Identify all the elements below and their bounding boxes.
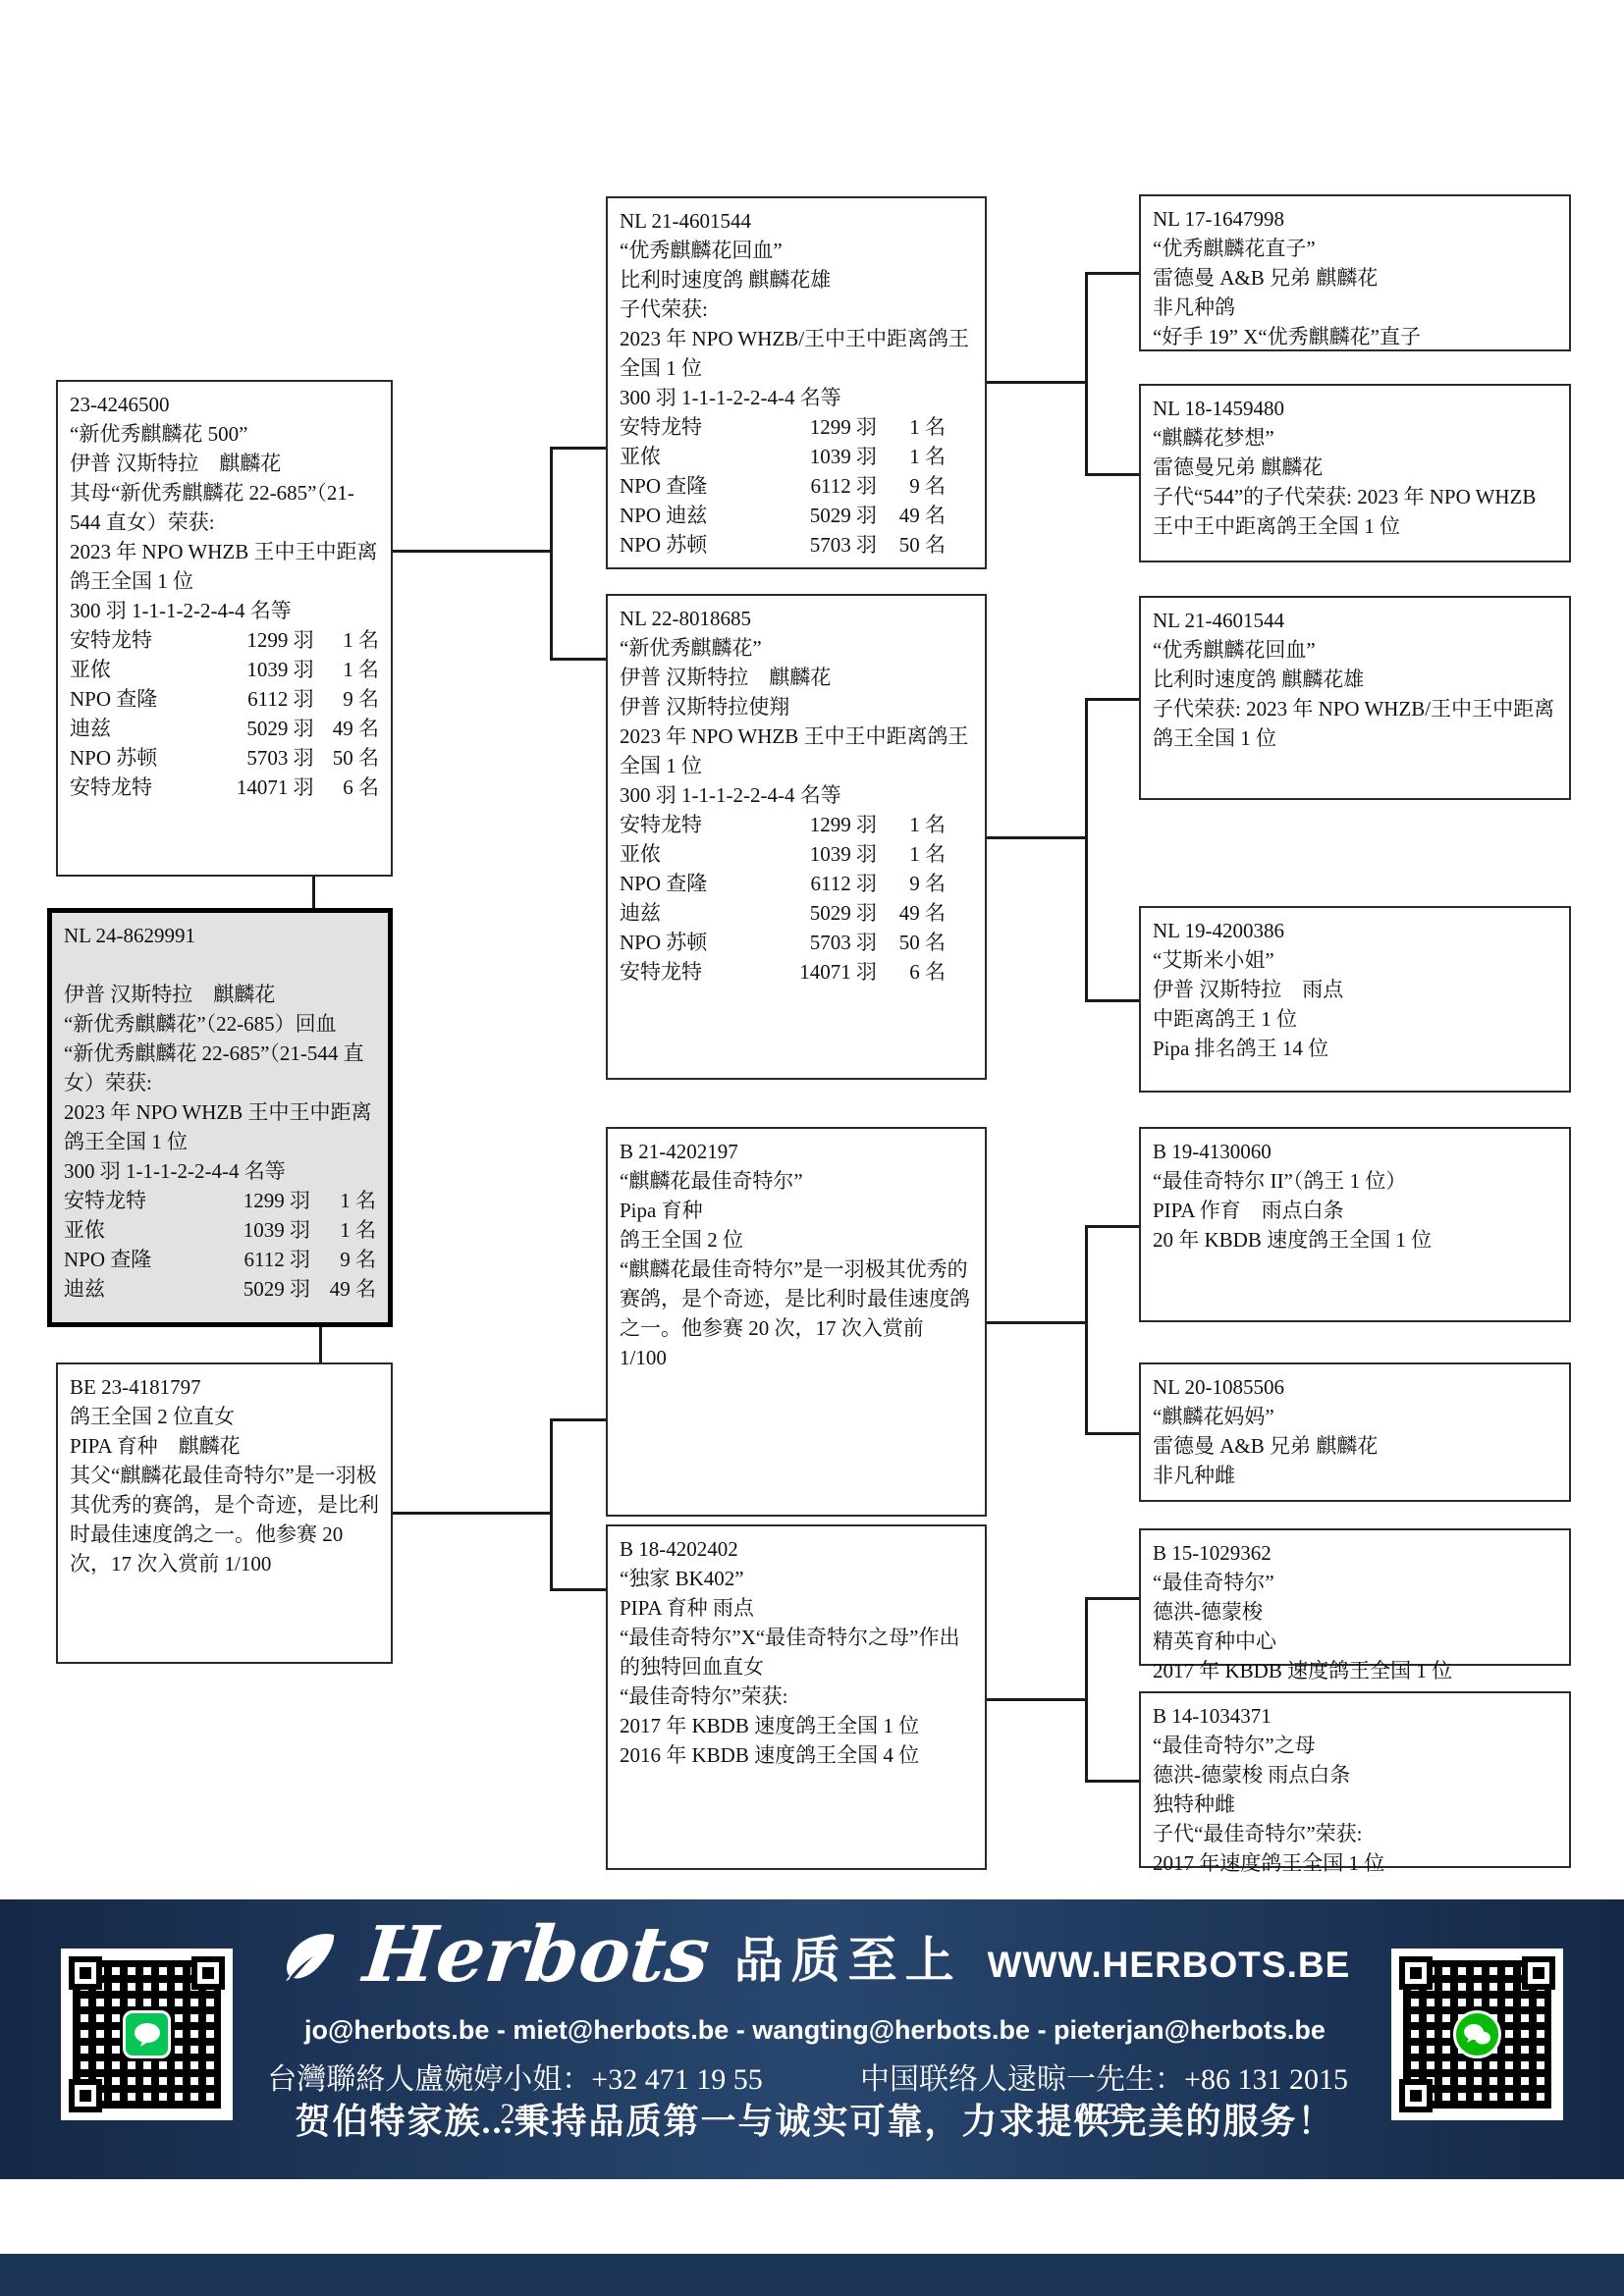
race-cell: 安特龙特: [64, 1186, 205, 1215]
connector-line: [987, 1321, 1085, 1324]
race-cell: 安特龙特: [70, 773, 209, 802]
connector-line: [1085, 272, 1088, 476]
qr-finder: [69, 1956, 102, 1990]
text-line: 比利时速度鸽 麒麟花雄: [1153, 665, 1557, 694]
pedigree-box-dam-dam: B 18-4202402“独家 BK402”PIPA 育种 雨点“最佳奇特尔”X…: [606, 1524, 987, 1870]
pedigree-box-dam-sire: B 21-4202197“麒麟花最佳奇特尔”Pipa 育种鸽王全国 2 位“麒麟…: [606, 1127, 987, 1517]
connector-line: [1085, 473, 1139, 476]
text-line: 300 羽 1-1-1-2-2-4-4 名等: [70, 596, 379, 625]
race-cell: 5703 羽: [209, 743, 313, 773]
race-row: NPO 查隆6112 羽9 名: [620, 471, 973, 501]
box-text: B 18-4202402“独家 BK402”PIPA 育种 雨点“最佳奇特尔”X…: [620, 1534, 973, 1770]
race-cell: 1299 羽: [209, 625, 313, 655]
text-line: Pipa 育种: [620, 1196, 973, 1225]
race-row: NPO 迪兹5029 羽49 名: [620, 501, 973, 530]
race-row: 迪兹5029 羽49 名: [64, 1274, 376, 1304]
connector-line: [1085, 1780, 1139, 1783]
race-cell: 9 名: [877, 471, 946, 501]
text-line: NL 20-1085506: [1153, 1372, 1557, 1402]
text-line: “最佳奇特尔”之母: [1153, 1731, 1557, 1760]
race-cell: 5703 羽: [767, 928, 877, 957]
text-line: B 18-4202402: [620, 1534, 973, 1564]
connector-line: [987, 381, 1085, 384]
race-row: 亚侬1039 羽1 名: [620, 839, 973, 869]
pedigree-box-g3-6: NL 20-1085506“麒麟花妈妈”雷德曼 A&B 兄弟 麒麟花非凡种雌: [1139, 1362, 1571, 1502]
pedigree-page: 23-4246500“新优秀麒麟花 500”伊普 汉斯特拉 麒麟花其母“新优秀麒…: [0, 0, 1624, 2296]
text-line: “新优秀麒麟花 500”: [70, 419, 379, 449]
race-cell: 迪兹: [620, 898, 767, 928]
pedigree-box-sire-dam: NL 22-8018685“新优秀麒麟花”伊普 汉斯特拉 麒麟花伊普 汉斯特拉使…: [606, 594, 987, 1080]
footer-banner: Herbots 品质至上 WWW.HERBOTS.BE jo@herbots.b…: [0, 1899, 1624, 2179]
race-cell: 1299 羽: [767, 810, 877, 839]
pedigree-box-g3-1: NL 17-1647998“优秀麒麟花直子”雷德曼 A&B 兄弟 麒麟花非凡种鸽…: [1139, 194, 1571, 351]
brand-logo-text: Herbots: [359, 1911, 713, 2000]
race-cell: 50 名: [314, 743, 379, 773]
race-cell: NPO 苏顿: [620, 928, 767, 957]
footer-content: Herbots 品质至上 WWW.HERBOTS.BE jo@herbots.b…: [255, 1899, 1375, 2179]
text-line: B 21-4202197: [620, 1137, 973, 1166]
race-cell: 1 名: [877, 839, 946, 869]
qr-code-right: [1391, 1949, 1563, 2120]
box-text: NL 20-1085506“麒麟花妈妈”雷德曼 A&B 兄弟 麒麟花非凡种雌: [1153, 1372, 1557, 1490]
race-cell: 1039 羽: [209, 655, 313, 684]
text-line: 伊普 汉斯特拉 麒麟花: [70, 449, 379, 478]
text-line: “麒麟花梦想”: [1153, 423, 1557, 453]
pedigree-box-g3-5: B 19-4130060“最佳奇特尔 II”（鸽王 1 位）PIPA 作育 雨点…: [1139, 1127, 1571, 1322]
text-line: “新优秀麒麟花”（22-685）回血: [64, 1009, 376, 1039]
race-cell: 14071 羽: [209, 773, 313, 802]
text-line: 300 羽 1-1-1-2-2-4-4 名等: [620, 383, 973, 412]
connector-line: [393, 550, 550, 553]
race-row: 安特龙特14071 羽6 名: [620, 957, 973, 987]
race-row: NPO 查隆6112 羽9 名: [620, 869, 973, 898]
race-row: NPO 苏顿5703 羽50 名: [620, 530, 973, 560]
text-line: 雷德曼兄弟 麒麟花: [1153, 453, 1557, 482]
pedigree-box-dam: BE 23-4181797鸽王全国 2 位直女PIPA 育种 麒麟花其父“麒麟花…: [56, 1362, 393, 1664]
text-line: 精英育种中心: [1153, 1627, 1557, 1656]
text-line: “麒麟花最佳奇特尔”: [620, 1166, 973, 1196]
race-results: 安特龙特1299 羽1 名亚侬1039 羽1 名NPO 查隆6112 羽9 名迪…: [70, 625, 379, 802]
text-line: 子代荣获:: [620, 294, 973, 324]
text-line: 2023 年 NPO WHZB 王中王中距离鸽王全国 1 位: [70, 537, 379, 596]
race-cell: 1039 羽: [205, 1215, 310, 1245]
connector-line: [550, 1588, 606, 1591]
connector-line: [1085, 698, 1088, 1002]
text-line: “新优秀麒麟花”: [620, 633, 973, 663]
text-line: BE 23-4181797: [70, 1372, 379, 1402]
race-cell: 1 名: [314, 625, 379, 655]
race-row: 迪兹5029 羽49 名: [620, 898, 973, 928]
text-line: 雷德曼 A&B 兄弟 麒麟花: [1153, 1431, 1557, 1461]
text-line: “麒麟花最佳奇特尔”是一羽极其优秀的赛鸽，是个奇迹，是比利时最佳速度鸽之一。他参…: [620, 1255, 973, 1372]
box-text: 23-4246500“新优秀麒麟花 500”伊普 汉斯特拉 麒麟花其母“新优秀麒…: [70, 390, 379, 625]
box-text: NL 19-4200386“艾斯米小姐”伊普 汉斯特拉 雨点中距离鸽王 1 位P…: [1153, 916, 1557, 1063]
text-line: 中距离鸽王 1 位: [1153, 1004, 1557, 1034]
text-line: PIPA 作育 雨点白条: [1153, 1196, 1557, 1225]
connector-line: [550, 1418, 553, 1591]
text-line: “好手 19” X“优秀麒麟花”直子: [1153, 322, 1557, 351]
qr-finder: [1522, 1956, 1555, 1990]
race-cell: 1039 羽: [767, 442, 877, 471]
text-line: NL 21-4601544: [620, 206, 973, 236]
race-results: 安特龙特1299 羽1 名亚侬1039 羽1 名NPO 查隆6112 羽9 名N…: [620, 412, 973, 560]
box-text: NL 21-4601544“优秀麒麟花回血”比利时速度鸽 麒麟花雄子代荣获:20…: [620, 206, 973, 412]
race-cell: 6112 羽: [209, 684, 313, 714]
race-cell: 9 名: [314, 684, 379, 714]
race-cell: NPO 查隆: [620, 869, 767, 898]
text-line: [64, 950, 376, 980]
race-cell: 14071 羽: [767, 957, 877, 987]
text-line: “最佳奇特尔 II”（鸽王 1 位）: [1153, 1166, 1557, 1196]
race-cell: 亚侬: [620, 442, 767, 471]
race-cell: 安特龙特: [620, 957, 767, 987]
box-text: B 15-1029362“最佳奇特尔”德洪-德蒙梭精英育种中心2017 年 KB…: [1153, 1538, 1557, 1685]
race-cell: 49 名: [877, 898, 946, 928]
text-line: NL 18-1459480: [1153, 394, 1557, 423]
text-line: 其母“新优秀麒麟花 22-685”（21-544 直女）荣获:: [70, 478, 379, 537]
text-line: 2017 年 KBDB 速度鸽王全国 1 位: [1153, 1656, 1557, 1685]
email-list: jo@herbots.be - miet@herbots.be - wangti…: [255, 2015, 1375, 2046]
text-line: 伊普 汉斯特拉使翔: [620, 692, 973, 721]
pedigree-box-g3-8: B 14-1034371“最佳奇特尔”之母德洪-德蒙梭 雨点白条独特种雌子代“最…: [1139, 1691, 1571, 1868]
text-line: “优秀麒麟花回血”: [1153, 635, 1557, 665]
pedigree-box-g3-3: NL 21-4601544“优秀麒麟花回血”比利时速度鸽 麒麟花雄子代荣获: 2…: [1139, 596, 1571, 800]
race-cell: 1 名: [877, 412, 946, 442]
text-line: “麒麟花妈妈”: [1153, 1402, 1557, 1431]
race-cell: 5029 羽: [767, 898, 877, 928]
text-line: “独家 BK402”: [620, 1564, 973, 1593]
race-cell: NPO 苏顿: [620, 530, 767, 560]
qr-finder: [69, 2079, 102, 2112]
qr-finder: [1399, 2079, 1433, 2112]
connector-line: [393, 1512, 550, 1515]
text-line: B 19-4130060: [1153, 1137, 1557, 1166]
race-cell: NPO 查隆: [64, 1245, 205, 1274]
text-line: 子代“544”的子代荣获: 2023 年 NPO WHZB 王中王中距离鸽王全国…: [1153, 482, 1557, 541]
brand-tagline: 品质至上: [734, 1921, 962, 2000]
text-line: B 14-1034371: [1153, 1701, 1557, 1731]
qr-finder: [191, 1956, 225, 1990]
text-line: “优秀麒麟花回血”: [620, 236, 973, 265]
race-cell: NPO 苏顿: [70, 743, 209, 773]
race-row: 安特龙特1299 羽1 名: [620, 810, 973, 839]
connector-line: [550, 1418, 606, 1421]
text-line: “艾斯米小姐”: [1153, 945, 1557, 975]
text-line: 鸽王全国 2 位: [620, 1225, 973, 1255]
box-text: NL 24-8629991 伊普 汉斯特拉 麒麟花“新优秀麒麟花”（22-685…: [64, 921, 376, 1186]
text-line: 比利时速度鸽 麒麟花雄: [620, 265, 973, 294]
race-cell: 50 名: [877, 928, 946, 957]
connector-line: [312, 877, 315, 908]
race-cell: 49 名: [310, 1274, 376, 1304]
box-text: B 21-4202197“麒麟花最佳奇特尔”Pipa 育种鸽王全国 2 位“麒麟…: [620, 1137, 973, 1372]
family-slogan: 贺伯特家族...秉持品质第一与诚实可靠，力求提供完美的服务！: [255, 2094, 1375, 2144]
connector-line: [550, 447, 606, 450]
connector-line: [1085, 1225, 1088, 1435]
race-cell: 安特龙特: [620, 412, 767, 442]
race-row: 亚侬1039 羽1 名: [64, 1215, 376, 1245]
race-cell: 安特龙特: [620, 810, 767, 839]
race-cell: NPO 迪兹: [620, 501, 767, 530]
pedigree-box-g3-2: NL 18-1459480“麒麟花梦想”雷德曼兄弟 麒麟花子代“544”的子代荣…: [1139, 384, 1571, 562]
race-cell: 6112 羽: [767, 869, 877, 898]
race-row: 安特龙特1299 羽1 名: [620, 412, 973, 442]
race-cell: 1 名: [310, 1186, 376, 1215]
connector-line: [550, 658, 606, 661]
connector-line: [987, 836, 1085, 839]
text-line: 23-4246500: [70, 390, 379, 419]
connector-line: [1085, 999, 1139, 1002]
race-row: 安特龙特1299 羽1 名: [70, 625, 379, 655]
box-text: NL 17-1647998“优秀麒麟花直子”雷德曼 A&B 兄弟 麒麟花非凡种鸽…: [1153, 204, 1557, 351]
text-line: “优秀麒麟花直子”: [1153, 234, 1557, 263]
race-cell: 亚侬: [64, 1215, 205, 1245]
race-cell: 1 名: [877, 442, 946, 471]
text-line: 2017 年速度鸽王全国 1 位: [1153, 1848, 1557, 1878]
race-cell: 亚侬: [70, 655, 209, 684]
race-cell: 1299 羽: [205, 1186, 310, 1215]
connector-line: [1085, 1432, 1139, 1435]
text-line: 2023 年 NPO WHZB 王中王中距离鸽王全国 1 位: [620, 721, 973, 780]
text-line: 伊普 汉斯特拉 雨点: [1153, 975, 1557, 1004]
text-line: NL 22-8018685: [620, 604, 973, 633]
race-row: 安特龙特14071 羽6 名: [70, 773, 379, 802]
connector-line: [319, 1327, 322, 1362]
race-row: 迪兹5029 羽49 名: [70, 714, 379, 743]
text-line: “最佳奇特尔”X“最佳奇特尔之母”作出的独特回血直女: [620, 1623, 973, 1682]
connector-line: [1085, 1597, 1139, 1600]
race-cell: 6112 羽: [767, 471, 877, 501]
race-cell: 1 名: [314, 655, 379, 684]
race-cell: 迪兹: [70, 714, 209, 743]
connector-line: [1085, 698, 1139, 701]
website-url: WWW.HERBOTS.BE: [988, 1931, 1351, 2000]
race-cell: 49 名: [314, 714, 379, 743]
text-line: 2023 年 NPO WHZB 王中王中距离鸽王全国 1 位: [64, 1097, 376, 1156]
qr-code-left: [61, 1949, 233, 2120]
box-text: BE 23-4181797鸽王全国 2 位直女PIPA 育种 麒麟花其父“麒麟花…: [70, 1372, 379, 1578]
box-text: NL 18-1459480“麒麟花梦想”雷德曼兄弟 麒麟花子代“544”的子代荣…: [1153, 394, 1557, 541]
text-line: 20 年 KBDB 速度鸽王全国 1 位: [1153, 1225, 1557, 1255]
connector-line: [987, 1698, 1085, 1701]
text-line: 德洪-德蒙梭 雨点白条: [1153, 1760, 1557, 1789]
race-cell: 迪兹: [64, 1274, 205, 1304]
race-cell: 1299 羽: [767, 412, 877, 442]
race-cell: 1 名: [877, 810, 946, 839]
race-row: NPO 苏顿5703 羽50 名: [70, 743, 379, 773]
text-line: 子代荣获: 2023 年 NPO WHZB/王中王中距离鸽王全国 1 位: [1153, 694, 1557, 753]
feather-icon: [280, 1927, 339, 1986]
connector-line: [1085, 272, 1139, 275]
connector-line: [1085, 1225, 1139, 1228]
text-line: 独特种雌: [1153, 1789, 1557, 1819]
text-line: 2016 年 KBDB 速度鸽王全国 4 位: [620, 1740, 973, 1770]
box-text: B 19-4130060“最佳奇特尔 II”（鸽王 1 位）PIPA 作育 雨点…: [1153, 1137, 1557, 1255]
connector-line: [1085, 1597, 1088, 1783]
race-cell: 1039 羽: [767, 839, 877, 869]
text-line: NL 19-4200386: [1153, 916, 1557, 945]
pedigree-box-g3-7: B 15-1029362“最佳奇特尔”德洪-德蒙梭精英育种中心2017 年 KB…: [1139, 1528, 1571, 1666]
text-line: 德洪-德蒙梭: [1153, 1597, 1557, 1627]
pedigree-box-subject: NL 24-8629991 伊普 汉斯特拉 麒麟花“新优秀麒麟花”（22-685…: [47, 908, 393, 1327]
race-row: 亚侬1039 羽1 名: [620, 442, 973, 471]
race-cell: 5029 羽: [205, 1274, 310, 1304]
text-line: 非凡种鸽: [1153, 293, 1557, 322]
text-line: “最佳奇特尔”: [1153, 1568, 1557, 1597]
text-line: 伊普 汉斯特拉 麒麟花: [64, 980, 376, 1009]
pedigree-box-g3-4: NL 19-4200386“艾斯米小姐”伊普 汉斯特拉 雨点中距离鸽王 1 位P…: [1139, 906, 1571, 1093]
race-row: 安特龙特1299 羽1 名: [64, 1186, 376, 1215]
text-line: 子代“最佳奇特尔”荣获:: [1153, 1819, 1557, 1848]
box-text: B 14-1034371“最佳奇特尔”之母德洪-德蒙梭 雨点白条独特种雌子代“最…: [1153, 1701, 1557, 1878]
race-row: NPO 苏顿5703 羽50 名: [620, 928, 973, 957]
text-line: PIPA 育种 麒麟花: [70, 1431, 379, 1461]
race-cell: 9 名: [877, 869, 946, 898]
text-line: 300 羽 1-1-1-2-2-4-4 名等: [620, 780, 973, 810]
connector-line: [550, 447, 553, 661]
text-line: 雷德曼 A&B 兄弟 麒麟花: [1153, 263, 1557, 293]
text-line: NL 17-1647998: [1153, 204, 1557, 234]
race-cell: 6 名: [314, 773, 379, 802]
brand-row: Herbots 品质至上 WWW.HERBOTS.BE: [255, 1911, 1375, 2000]
text-line: 伊普 汉斯特拉 麒麟花: [620, 663, 973, 692]
text-line: 其父“麒麟花最佳奇特尔”是一羽极其优秀的赛鸽，是个奇迹，是比利时最佳速度鸽之一。…: [70, 1461, 379, 1578]
race-cell: 6 名: [877, 957, 946, 987]
race-cell: 5029 羽: [767, 501, 877, 530]
race-cell: 1 名: [310, 1215, 376, 1245]
text-line: “最佳奇特尔”荣获:: [620, 1682, 973, 1711]
race-cell: 9 名: [310, 1245, 376, 1274]
race-row: NPO 查隆6112 羽9 名: [64, 1245, 376, 1274]
wechat-icon: [1453, 2010, 1501, 2058]
text-line: NL 24-8629991: [64, 921, 376, 950]
text-line: B 15-1029362: [1153, 1538, 1557, 1568]
race-cell: NPO 查隆: [620, 471, 767, 501]
text-line: 2023 年 NPO WHZB/王中王中距离鸽王全国 1 位: [620, 324, 973, 383]
text-line: NL 21-4601544: [1153, 606, 1557, 635]
text-line: 300 羽 1-1-1-2-2-4-4 名等: [64, 1156, 376, 1186]
qr-finder: [1399, 1956, 1433, 1990]
bottom-bar: [0, 2254, 1624, 2296]
line-icon: [123, 2010, 171, 2058]
race-cell: 亚侬: [620, 839, 767, 869]
race-row: NPO 查隆6112 羽9 名: [70, 684, 379, 714]
race-cell: 安特龙特: [70, 625, 209, 655]
text-line: 非凡种雌: [1153, 1461, 1557, 1490]
race-cell: 5029 羽: [209, 714, 313, 743]
text-line: Pipa 排名鸽王 14 位: [1153, 1034, 1557, 1063]
race-results: 安特龙特1299 羽1 名亚侬1039 羽1 名NPO 查隆6112 羽9 名迪…: [64, 1186, 376, 1304]
race-cell: 5703 羽: [767, 530, 877, 560]
text-line: 鸽王全国 2 位直女: [70, 1402, 379, 1431]
box-text: NL 21-4601544“优秀麒麟花回血”比利时速度鸽 麒麟花雄子代荣获: 2…: [1153, 606, 1557, 753]
text-line: 2017 年 KBDB 速度鸽王全国 1 位: [620, 1711, 973, 1740]
box-text: NL 22-8018685“新优秀麒麟花”伊普 汉斯特拉 麒麟花伊普 汉斯特拉使…: [620, 604, 973, 810]
race-results: 安特龙特1299 羽1 名亚侬1039 羽1 名NPO 查隆6112 羽9 名迪…: [620, 810, 973, 987]
text-line: PIPA 育种 雨点: [620, 1593, 973, 1623]
race-cell: 50 名: [877, 530, 946, 560]
race-cell: 49 名: [877, 501, 946, 530]
pedigree-box-sire: 23-4246500“新优秀麒麟花 500”伊普 汉斯特拉 麒麟花其母“新优秀麒…: [56, 380, 393, 877]
pedigree-box-sire-sire: NL 21-4601544“优秀麒麟花回血”比利时速度鸽 麒麟花雄子代荣获:20…: [606, 196, 987, 569]
race-row: 亚侬1039 羽1 名: [70, 655, 379, 684]
text-line: “新优秀麒麟花 22-685”（21-544 直女）荣获:: [64, 1039, 376, 1097]
race-cell: 6112 羽: [205, 1245, 310, 1274]
race-cell: NPO 查隆: [70, 684, 209, 714]
